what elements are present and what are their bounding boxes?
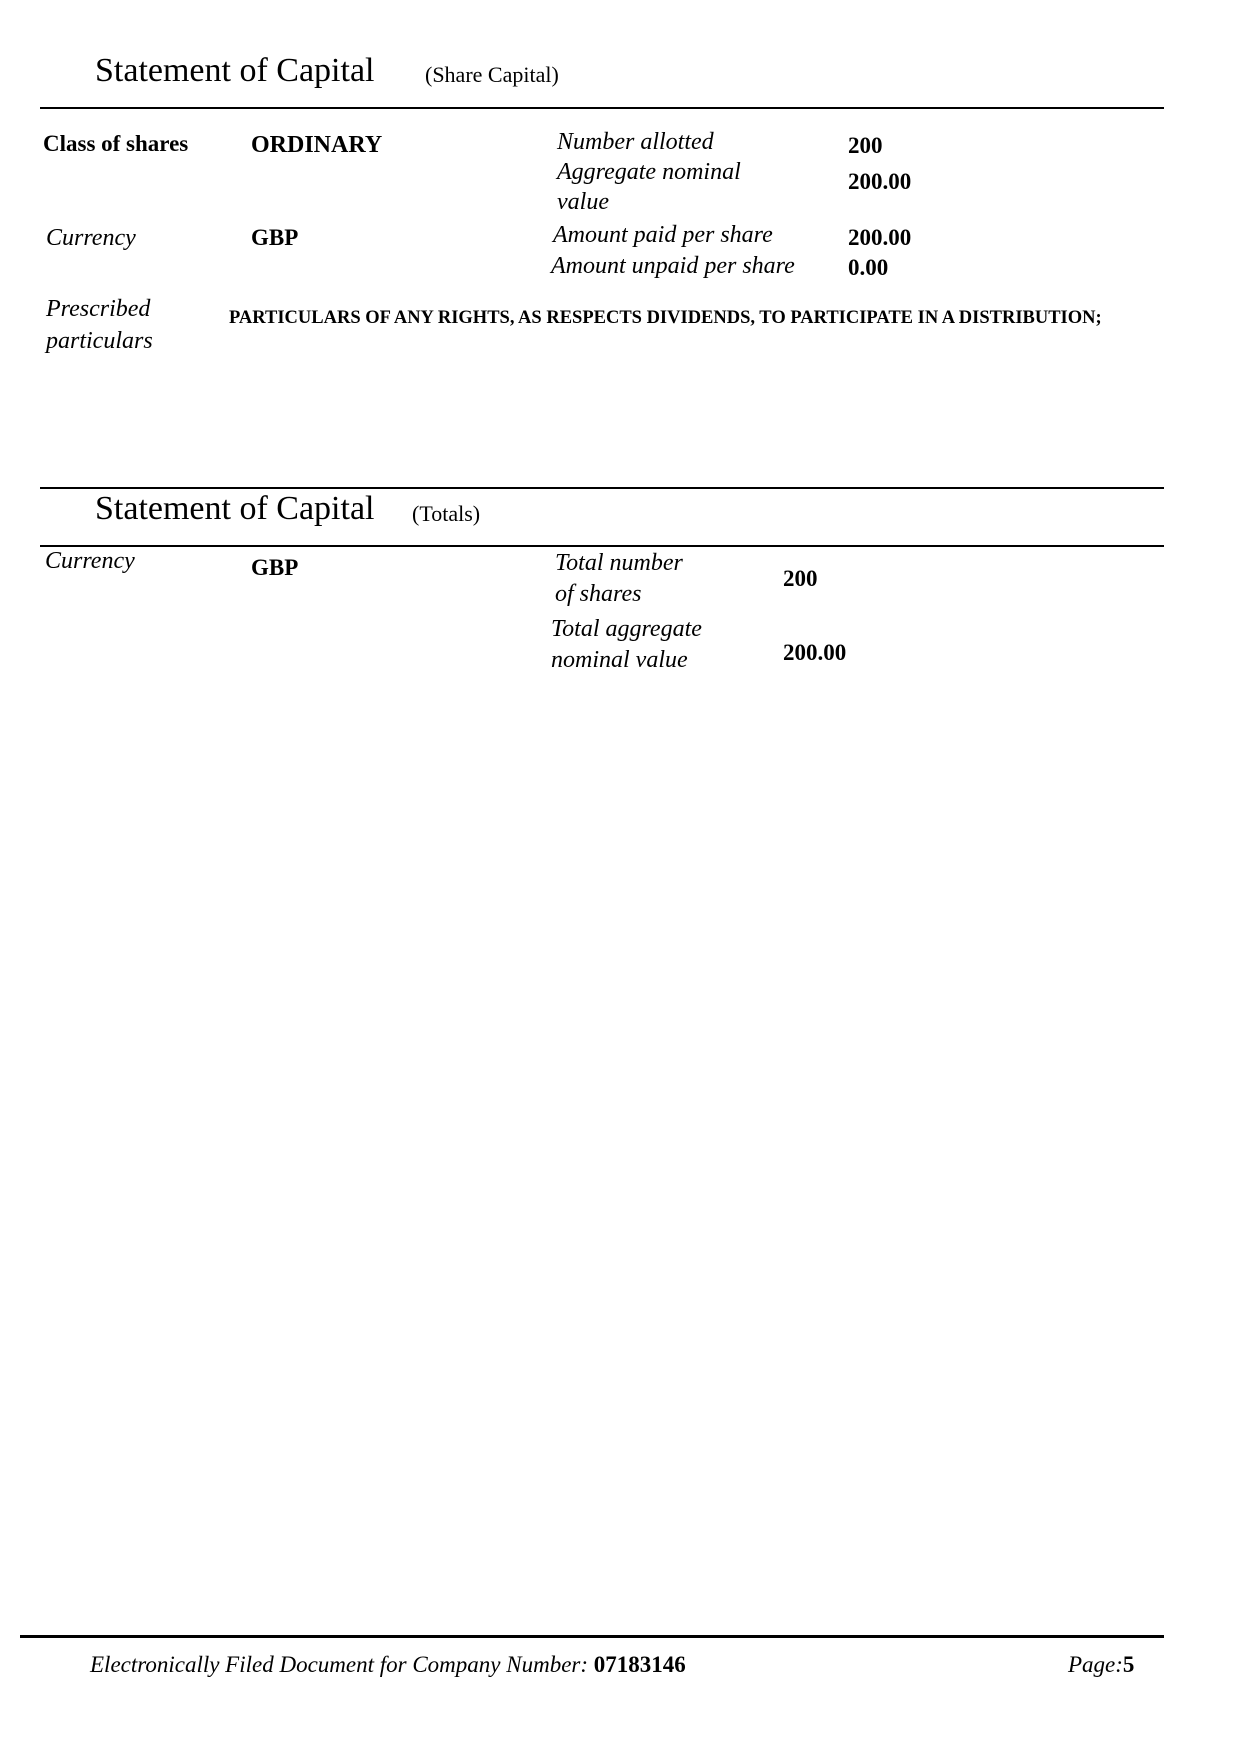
total-aggregate-label-line2: nominal value	[551, 647, 688, 674]
class-of-shares-label: Class of shares	[43, 131, 188, 157]
section-subtitle-totals: (Totals)	[412, 501, 480, 527]
amount-paid-value: 200.00	[848, 225, 911, 251]
total-shares-label-line2: of shares	[555, 581, 641, 608]
section-title-share-capital: Statement of Capital	[95, 52, 375, 90]
page-indicator: Page:5	[1068, 1652, 1134, 1678]
company-number: 07183146	[594, 1652, 686, 1677]
prescribed-particulars-text: PARTICULARS OF ANY RIGHTS, AS RESPECTS D…	[229, 306, 1109, 331]
section-title-totals: Statement of Capital	[95, 490, 375, 528]
section-divider	[40, 487, 1164, 489]
section-divider	[40, 107, 1164, 109]
page-number: 5	[1123, 1652, 1135, 1677]
totals-currency-label: Currency	[45, 548, 135, 575]
page-label: Page:	[1068, 1652, 1123, 1677]
total-aggregate-label-line1: Total aggregate	[551, 616, 702, 643]
prescribed-label-line1: Prescribed	[46, 296, 150, 323]
section-subtitle-share-capital: (Share Capital)	[425, 62, 559, 88]
total-aggregate-value: 200.00	[783, 640, 846, 666]
currency-label: Currency	[46, 225, 136, 252]
aggregate-nominal-label-line1: Aggregate nominal	[557, 159, 741, 186]
footer-filed-notice: Electronically Filed Document for Compan…	[90, 1652, 686, 1678]
footer-divider	[20, 1635, 1164, 1638]
totals-currency-value: GBP	[251, 555, 298, 581]
prescribed-label-line2: particulars	[46, 328, 153, 355]
amount-unpaid-value: 0.00	[848, 255, 888, 281]
aggregate-nominal-value: 200.00	[848, 169, 911, 195]
amount-unpaid-label: Amount unpaid per share	[551, 253, 795, 280]
footer-filed-text: Electronically Filed Document for Compan…	[90, 1652, 594, 1677]
number-allotted-value: 200	[848, 133, 883, 159]
number-allotted-label: Number allotted	[557, 129, 714, 156]
aggregate-nominal-label-line2: value	[557, 189, 609, 216]
total-shares-value: 200	[783, 566, 818, 592]
amount-paid-label: Amount paid per share	[553, 222, 773, 249]
class-of-shares-value: ORDINARY	[251, 132, 382, 159]
section-divider	[40, 545, 1164, 547]
currency-value: GBP	[251, 225, 298, 251]
total-shares-label-line1: Total number	[555, 550, 683, 577]
